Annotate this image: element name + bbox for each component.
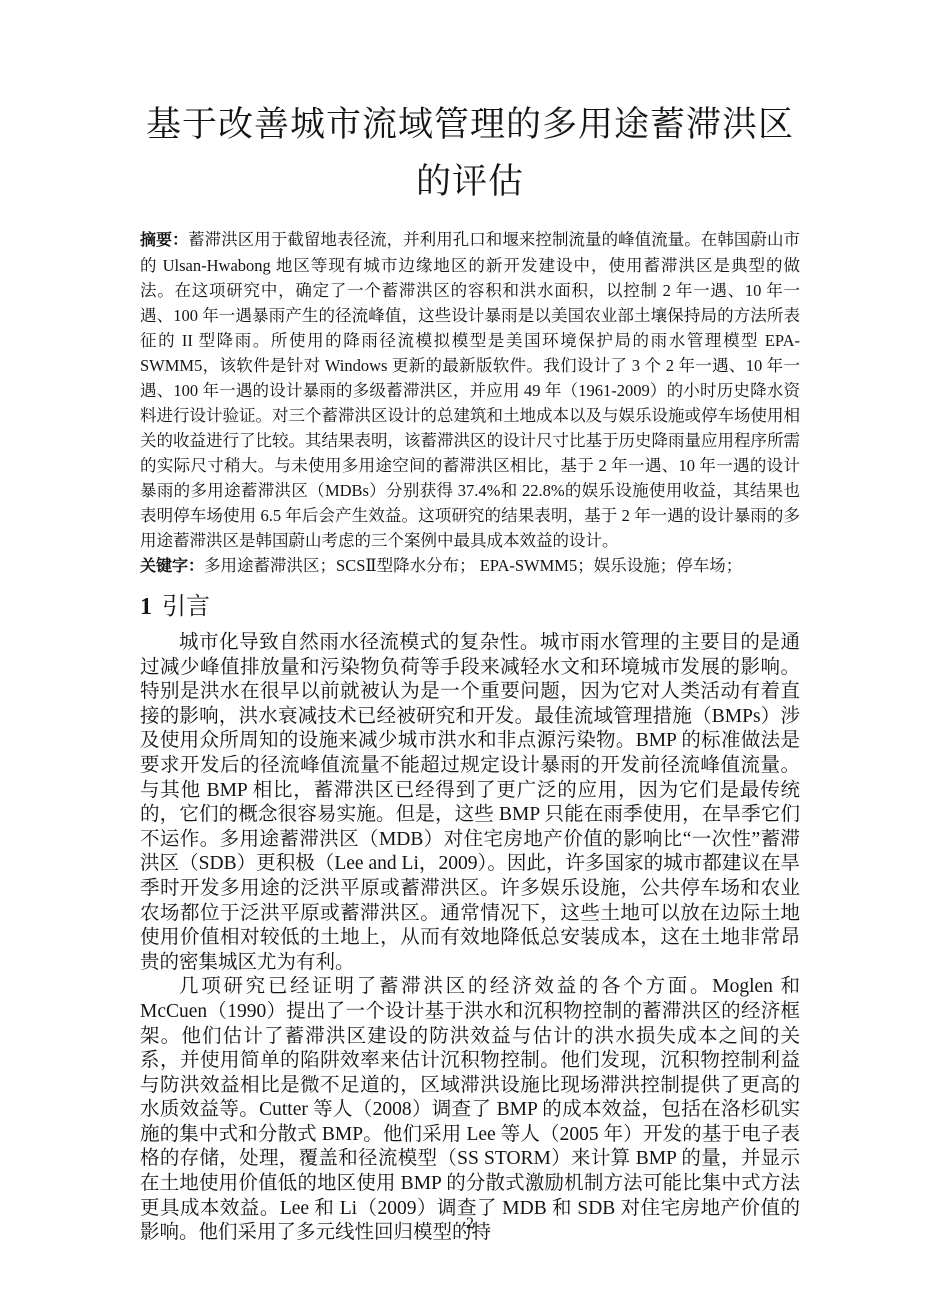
keywords-text: 多用途蓄滞洪区；SCSⅡ型降水分布； EPA-SWMM5；娱乐设施；停车场；: [204, 556, 742, 575]
section-1-number: 1: [140, 594, 152, 620]
page-title: 基于改善城市流域管理的多用途蓄滞洪区的评估: [140, 96, 800, 210]
page-number: 2: [140, 1213, 800, 1235]
section-1-paragraph-1: 城市化导致自然雨水径流模式的复杂性。城市雨水管理的主要目的是通过减少峰值排放量和…: [140, 631, 800, 975]
page-title-line2: 的评估: [416, 162, 524, 201]
section-1-heading: 1引言: [140, 593, 800, 622]
keywords-label: 关键字：: [140, 558, 204, 575]
abstract-label: 摘要：: [140, 232, 188, 249]
section-1-title: 引言: [162, 594, 210, 620]
keywords-line: 关键字：多用途蓄滞洪区；SCSⅡ型降水分布； EPA-SWMM5；娱乐设施；停车…: [140, 553, 800, 579]
section-1-paragraph-2: 几项研究已经证明了蓄滞洪区的经济效益的各个方面。Moglen 和 McCuen（…: [140, 975, 800, 1246]
abstract-paragraph: 摘要：蓄滞洪区用于截留地表径流，并利用孔口和堰来控制流量的峰值流量。在韩国蔚山市…: [140, 227, 800, 553]
page-title-line1: 基于改善城市流域管理的多用途蓄滞洪区: [146, 105, 794, 144]
document-page: 基于改善城市流域管理的多用途蓄滞洪区的评估 摘要：蓄滞洪区用于截留地表径流，并利…: [0, 0, 926, 1309]
abstract-text: 蓄滞洪区用于截留地表径流，并利用孔口和堰来控制流量的峰值流量。在韩国蔚山市的 U…: [140, 230, 800, 550]
